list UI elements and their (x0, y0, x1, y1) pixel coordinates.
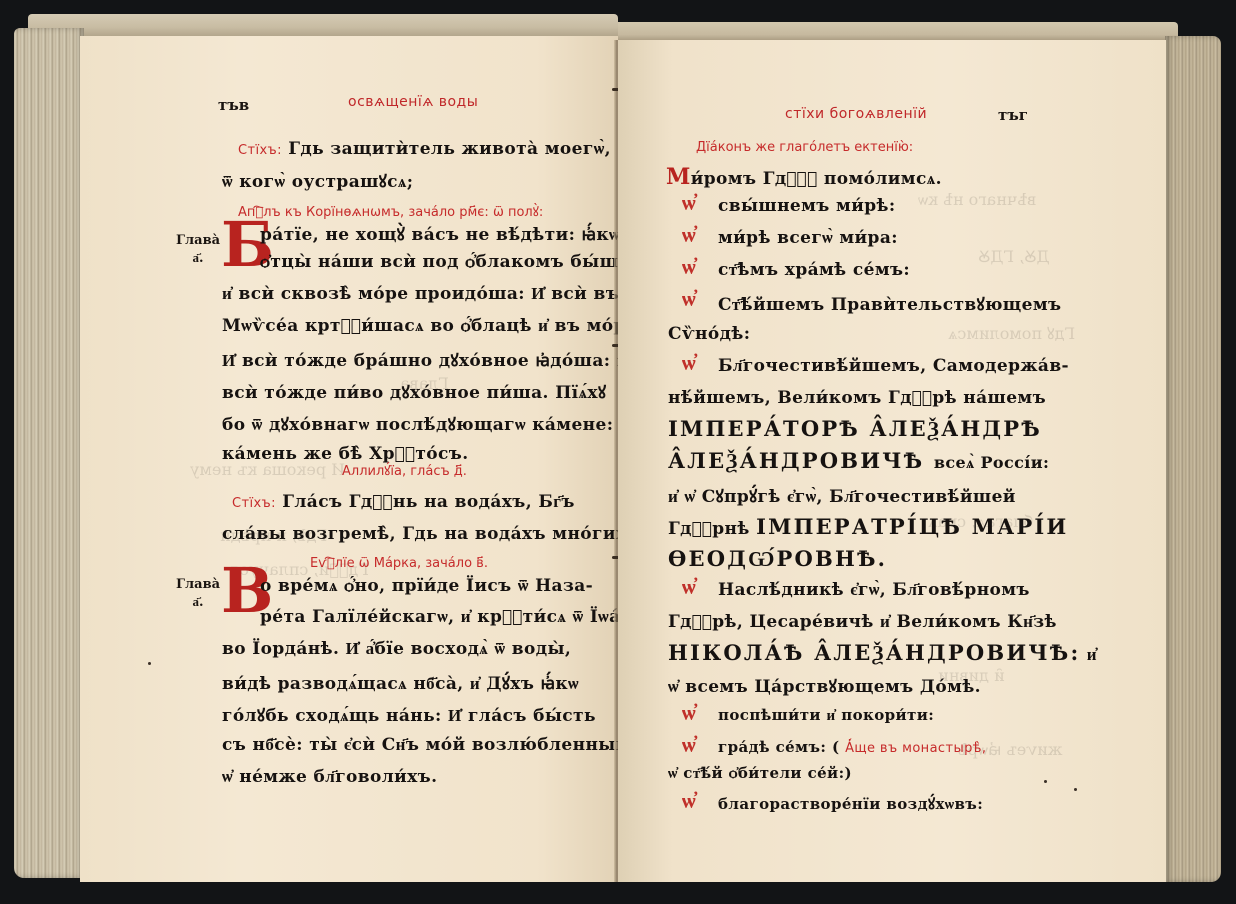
chapter-number: а҃. (176, 594, 220, 612)
verse-2-line-1: Стїхъ: Гла́съ Гдⷭ҇нь на вода́хъ, Бг҃ъ (232, 492, 575, 512)
gospel-line: го́лꙋбь сходѧ́щь на́нь: И҆ гла́съ бы́сть (222, 703, 596, 726)
fore-edge-left (14, 28, 84, 878)
verse-text: Гдь защитѝтель живота̀ моегѡ̀, (288, 139, 611, 159)
empress-prefix: Гдⷭ҇рнѣ (668, 519, 750, 539)
emperor-name: ІМПЕРА́ТОРѢ А̂ЛЕѮА́НДРѢ (668, 416, 1042, 442)
chapter-label: Глава̀ (176, 232, 220, 250)
left-page: Глава И рекоша къ нему Гдѣ, и прѣди Гдⷭ҇… (80, 36, 618, 882)
emperor-patronymic: А̂ЛЕѮА́НДРОВИЧѢ всеѧ̀ Россі́и: (668, 448, 1049, 474)
right-page: вѣчнаго нѣ кѡ ДꙊ, ГДꙊ Гдꙋ помолимсѧ благ… (618, 40, 1166, 882)
epistle-heading: Апⷭ҇лъ къ Корїнѳѧнωмъ, зача́ло рм҃є: ѿ п… (238, 202, 543, 220)
verse-1-line-1: Стїхъ: Гдь защитѝтель живота̀ моегѡ̀, (238, 139, 611, 159)
heir-line: Гдⷭ҇рѣ, Цесаре́вичѣ и҆ Вели́комъ Кн҃зѣ (668, 612, 1057, 632)
alleluia-heading: Аллилꙋ́їа, гла́съ д҃. (342, 461, 467, 479)
gospel-line: ѡ҆ не́мже бл҃говоли́хъ. (222, 767, 437, 787)
verse-label: Стїхъ: (232, 496, 276, 511)
folio-number: тъв (218, 96, 249, 114)
heir-name-text: НІКОЛА́Ѣ А̂ЛЕѮА́НДРОВИЧѢ: (668, 640, 1080, 665)
empress-name-text: ІМПЕРАТРІ́ЦѢ МАРІ́И (756, 514, 1068, 539)
omega-icon: ѡ҆ (682, 732, 696, 758)
monastery-line: ѡ҆ ст҃ѣ́й ѻ҆би́тели се́й:) (668, 764, 852, 783)
verse-1-line-2: ѿ когѡ̀ оустрашꙋсѧ; (222, 169, 413, 192)
emperor-patronymic-text: А̂ЛЕѮА́НДРОВИЧѢ (668, 448, 924, 473)
omega-icon: ѡ҆ (682, 788, 696, 814)
petition: ст҃ѣмъ хра́мѣ се́мъ: (718, 260, 910, 280)
epistle-line: бо ѿ дꙋхо́внагѡ послѣ́дꙋющагѡ ка́мене: (222, 412, 613, 435)
gospel-line: о вре́мѧ ѻ҆́но, прїи́де Їисъ ѿ Наза- (260, 576, 593, 596)
verse-label: Стїхъ: (238, 143, 282, 158)
petition: ми́рѣ всегѡ̀ ми́ра: (718, 228, 898, 248)
heir-name-tail: и҆ (1087, 645, 1097, 665)
petition: гра́дѣ се́мъ: ( А҆́ще въ монастырѣ̀, (718, 738, 986, 756)
petition: благорастворе́нїи воздꙋ́хѡвъ: (718, 794, 983, 814)
paper-speck (1044, 780, 1047, 783)
omega-icon: ѡ҆ (682, 286, 696, 312)
consort-line: и҆ ѡ҆ Сꙋпрꙋ́гѣ є҆гѡ̀, Бл҃гочестивѣ́йшей (668, 484, 1016, 507)
omega-icon: ѡ҆ (682, 700, 696, 726)
petition: свы́шнемъ ми́рѣ: (718, 196, 896, 216)
gospel-line: съ нб҃сѐ: ты̀ є҆сѝ Сн҃ъ мо́й возлю́бленн… (222, 735, 635, 755)
page-edges-top-left (28, 14, 618, 36)
omega-icon: ѡ҆ (682, 350, 696, 376)
omega-icon: ѡ҆ (682, 254, 696, 280)
empress-patronymic: ѲЕОДѠ́РОВНѢ. (668, 546, 887, 572)
verse-text: Гла́съ Гдⷭ҇нь на вода́хъ, Бг҃ъ (282, 492, 575, 512)
petition-text: и́ромъ Гдⷭ҇ꙋ помо́лимсѧ. (691, 169, 942, 189)
petition: Ст҃ѣ́йшемъ Правѝтельствꙋющемъ (718, 292, 1061, 315)
petition-text: гра́дѣ се́мъ: ( (718, 738, 839, 756)
paper-speck (148, 662, 151, 665)
epistle-line: И҆ всѝ то́жде бра́шно дꙋхо́вное ꙗ҆до́ша:… (222, 348, 627, 371)
verse-2-line-2: сла́вы возгремѣ̀, Гдь на вода́хъ мно́гих… (222, 524, 646, 544)
petition: Бл҃гочестивѣ́йшемъ, Самодержа́в- (718, 356, 1069, 376)
chapter-note-2: Глава̀ а҃. (176, 576, 220, 612)
omega-icon: ѡ҆ (682, 574, 696, 600)
petition: нѣ́йшемъ, Вели́комъ Гдⷭ҇рѣ на́шемъ (668, 388, 1046, 408)
chapter-label: Глава̀ (176, 576, 220, 594)
running-head: освѧщенїѧ воды (348, 94, 478, 110)
petition: Ми́ромъ Гдⷭ҇ꙋ помо́лимсѧ. (666, 164, 942, 190)
gospel-line: ви́дѣ разводѧ́щасѧ нб҃са̀, и҆ Дꙋ́хъ ꙗ҆́к… (222, 671, 579, 694)
paper-speck (1074, 788, 1077, 791)
empress-name: Гдⷭ҇рнѣ ІМПЕРАТРІ́ЦѢ МАРІ́И (668, 514, 1068, 539)
litany-heading: Дїа́конъ же глаго́летъ ектенїю̀: (696, 140, 913, 155)
monastery-rubric: А҆́ще въ монастырѣ̀, (845, 741, 986, 756)
running-head: стїхи богоѧвленїй (785, 106, 927, 122)
emperor-tail: всеѧ̀ Россі́и: (934, 453, 1049, 472)
drop-cap-m: М (666, 164, 691, 190)
gospel-heading: Еѵⷢ҇лїе ѿ Ма́рка, зача́ло в҃. (310, 556, 488, 571)
chapter-note-1: Глава̀ а҃. (176, 232, 220, 268)
fore-edge-right (1165, 36, 1221, 882)
omega-icon: ѡ҆ (682, 222, 696, 248)
epistle-line: Мѡѷсе́а кртⷭ҇и́шасѧ во ѻ҆́блацѣ и҆ въ мо… (222, 316, 645, 336)
folio-number: тъг (998, 106, 1028, 124)
petition: поспѣши́ти и҆ покори́ти: (718, 706, 934, 725)
house-line: ѡ҆ всемъ Ца́рствꙋющемъ До́мѣ. (668, 674, 981, 697)
heir-name: НІКОЛА́Ѣ А̂ЛЕѮА́НДРОВИЧѢ: и҆ (668, 640, 1097, 666)
petition: Сѷно́дѣ: (668, 324, 750, 344)
gospel-line: ре́та Галїле́йскагѡ, и҆ крⷭ҇ти́сѧ ѿ Їѡа́… (260, 607, 658, 627)
chapter-number: а҃. (176, 250, 220, 268)
epistle-line: ѻ҆тцы̀ на́ши всѝ под ѻ҆́блакомъ бы́ша, (260, 252, 636, 272)
epistle-line: и҆ всѝ сквозѣ̀ мо́ре проидо́ша: И҆ всѝ в… (222, 284, 619, 304)
epistle-line: всѝ то́жде пи́во дꙋхо́вное пи́ша. Пїѧ́хꙋ (222, 380, 606, 403)
epistle-line: ра́тїе, не хощꙋ̀ ва́съ не вѣ́дѣти: ꙗ҆́кѡ (260, 222, 620, 245)
omega-icon: ѡ҆ (682, 190, 696, 216)
heir-line: Наслѣ́дникѣ є҆гѡ̀, Бл҃говѣ́рномъ (718, 580, 1030, 600)
gospel-line: во Їорда́нѣ. И҆ а҆́бїе восходѧ̀ ѿ воды̀, (222, 639, 571, 659)
page-edges-top-right (618, 22, 1178, 40)
open-book: Глава И рекоша къ нему Гдѣ, и прѣди Гдⷭ҇… (0, 0, 1236, 904)
